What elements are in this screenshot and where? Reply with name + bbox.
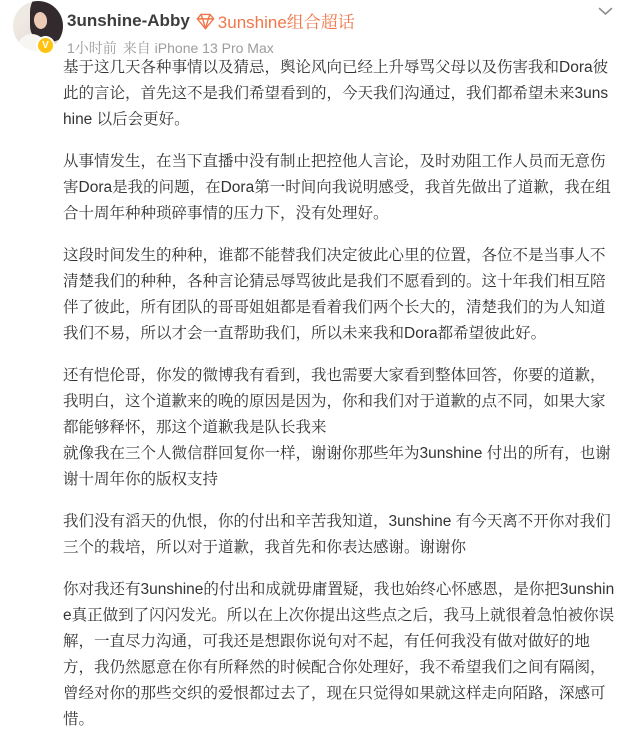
post-time[interactable]: 1小时前 xyxy=(67,40,117,56)
weibo-post: V 3unshine-Abby 3unshine组合超话 1小时前来自 iPho… xyxy=(0,0,628,733)
post-paragraph: 我们没有滔天的仇恨，你的付出和辛苦我知道，3unshine 有今天离不开你对我们… xyxy=(63,509,616,561)
post-paragraph: 还有恺伦哥，你发的微博我有看到，我也需要大家看到整体回答，你要的道歉，我明白，这… xyxy=(63,363,616,493)
post-source[interactable]: 来自 iPhone 13 Pro Max xyxy=(123,40,274,56)
post-header: 3unshine-Abby 3unshine组合超话 1小时前来自 iPhone… xyxy=(0,0,628,48)
chevron-down-icon[interactable] xyxy=(598,7,613,16)
verified-badge-icon: V xyxy=(36,36,55,55)
post-paragraph: 从事情发生，在当下直播中没有制止把控他人言论，及时劝阻工作人员而无意伤害Dora… xyxy=(63,149,616,227)
post-paragraph: 基于这几天各种事情以及猜忌，舆论风向已经上升辱骂父母以及伤害我和Dora彼此的言… xyxy=(63,55,616,133)
supertopic-label: 3unshine组合超话 xyxy=(218,8,355,33)
post-paragraph: 这段时间发生的种种，谁都不能替我们决定彼此心里的位置，各位不是当事人不清楚我们的… xyxy=(63,243,616,347)
post-paragraph: 你对我还有3unshine的付出和成就毋庸置疑，我也始终心怀感恩，是你把3uns… xyxy=(63,577,616,733)
author-row: 3unshine-Abby 3unshine组合超话 xyxy=(67,8,588,33)
supertopic-link[interactable]: 3unshine组合超话 xyxy=(196,8,355,33)
supertopic-gem-icon xyxy=(196,13,215,30)
post-body: 基于这几天各种事情以及猜忌，舆论风向已经上升辱骂父母以及伤害我和Dora彼此的言… xyxy=(0,48,628,733)
author-name[interactable]: 3unshine-Abby xyxy=(67,11,190,31)
